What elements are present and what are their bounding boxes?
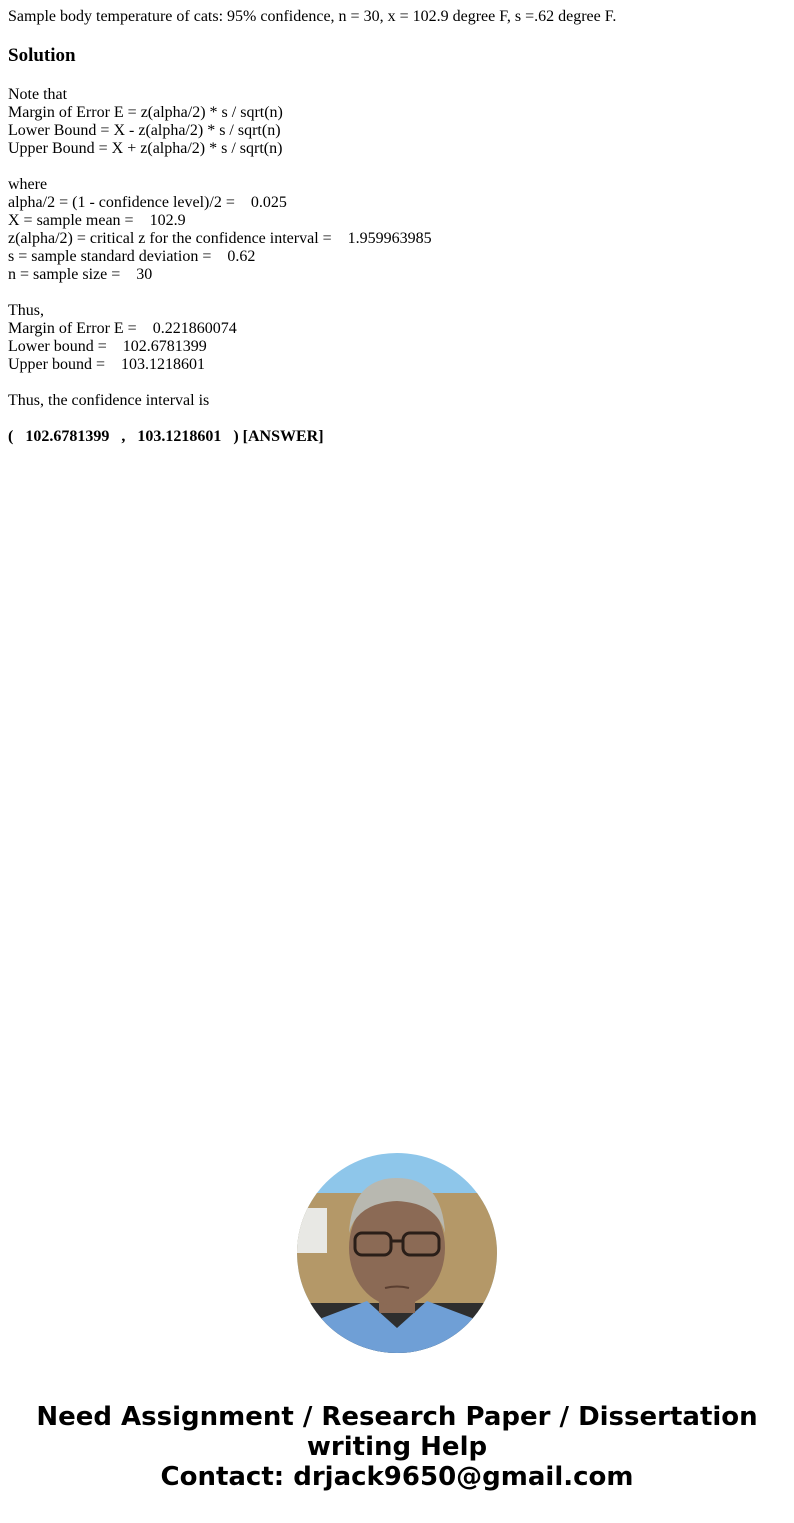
results-intro: Thus, [8, 302, 786, 320]
result-line: Upper bound = 103.1218601 [8, 356, 786, 374]
promo-line: Need Assignment / Research Paper / Disse… [0, 1402, 794, 1432]
question-text: Sample body temperature of cats: 95% con… [8, 8, 786, 26]
answer-text: ( 102.6781399 , 103.1218601 ) [ANSWER] [8, 428, 786, 446]
spacer [8, 284, 786, 302]
avatar [297, 1153, 497, 1353]
definition-line: alpha/2 = (1 - confidence level)/2 = 0.0… [8, 194, 786, 212]
solution-document: Sample body temperature of cats: 95% con… [8, 8, 786, 446]
formula-line: Margin of Error E = z(alpha/2) * s / sqr… [8, 104, 786, 122]
spacer [8, 410, 786, 428]
spacer [8, 374, 786, 392]
result-line: Margin of Error E = 0.221860074 [8, 320, 786, 338]
definitions-section: where alpha/2 = (1 - confidence level)/2… [8, 176, 786, 284]
conclusion-text: Thus, the confidence interval is [8, 392, 786, 410]
promo-line: writing Help [0, 1432, 794, 1462]
promo-contact: Contact: drjack9650@gmail.com [0, 1462, 794, 1492]
definition-line: s = sample standard deviation = 0.62 [8, 248, 786, 266]
definition-line: z(alpha/2) = critical z for the confiden… [8, 230, 786, 248]
result-line: Lower bound = 102.6781399 [8, 338, 786, 356]
formulas-intro: Note that [8, 86, 786, 104]
promo-banner: Need Assignment / Research Paper / Disse… [0, 1402, 794, 1492]
formula-line: Lower Bound = X - z(alpha/2) * s / sqrt(… [8, 122, 786, 140]
person-photo-icon [297, 1153, 497, 1353]
solution-heading: Solution [8, 45, 786, 67]
definition-line: n = sample size = 30 [8, 266, 786, 284]
definitions-intro: where [8, 176, 786, 194]
formula-line: Upper Bound = X + z(alpha/2) * s / sqrt(… [8, 140, 786, 158]
formulas-section: Note that Margin of Error E = z(alpha/2)… [8, 86, 786, 158]
results-section: Thus, Margin of Error E = 0.221860074 Lo… [8, 302, 786, 374]
spacer [8, 158, 786, 176]
definition-line: X = sample mean = 102.9 [8, 212, 786, 230]
